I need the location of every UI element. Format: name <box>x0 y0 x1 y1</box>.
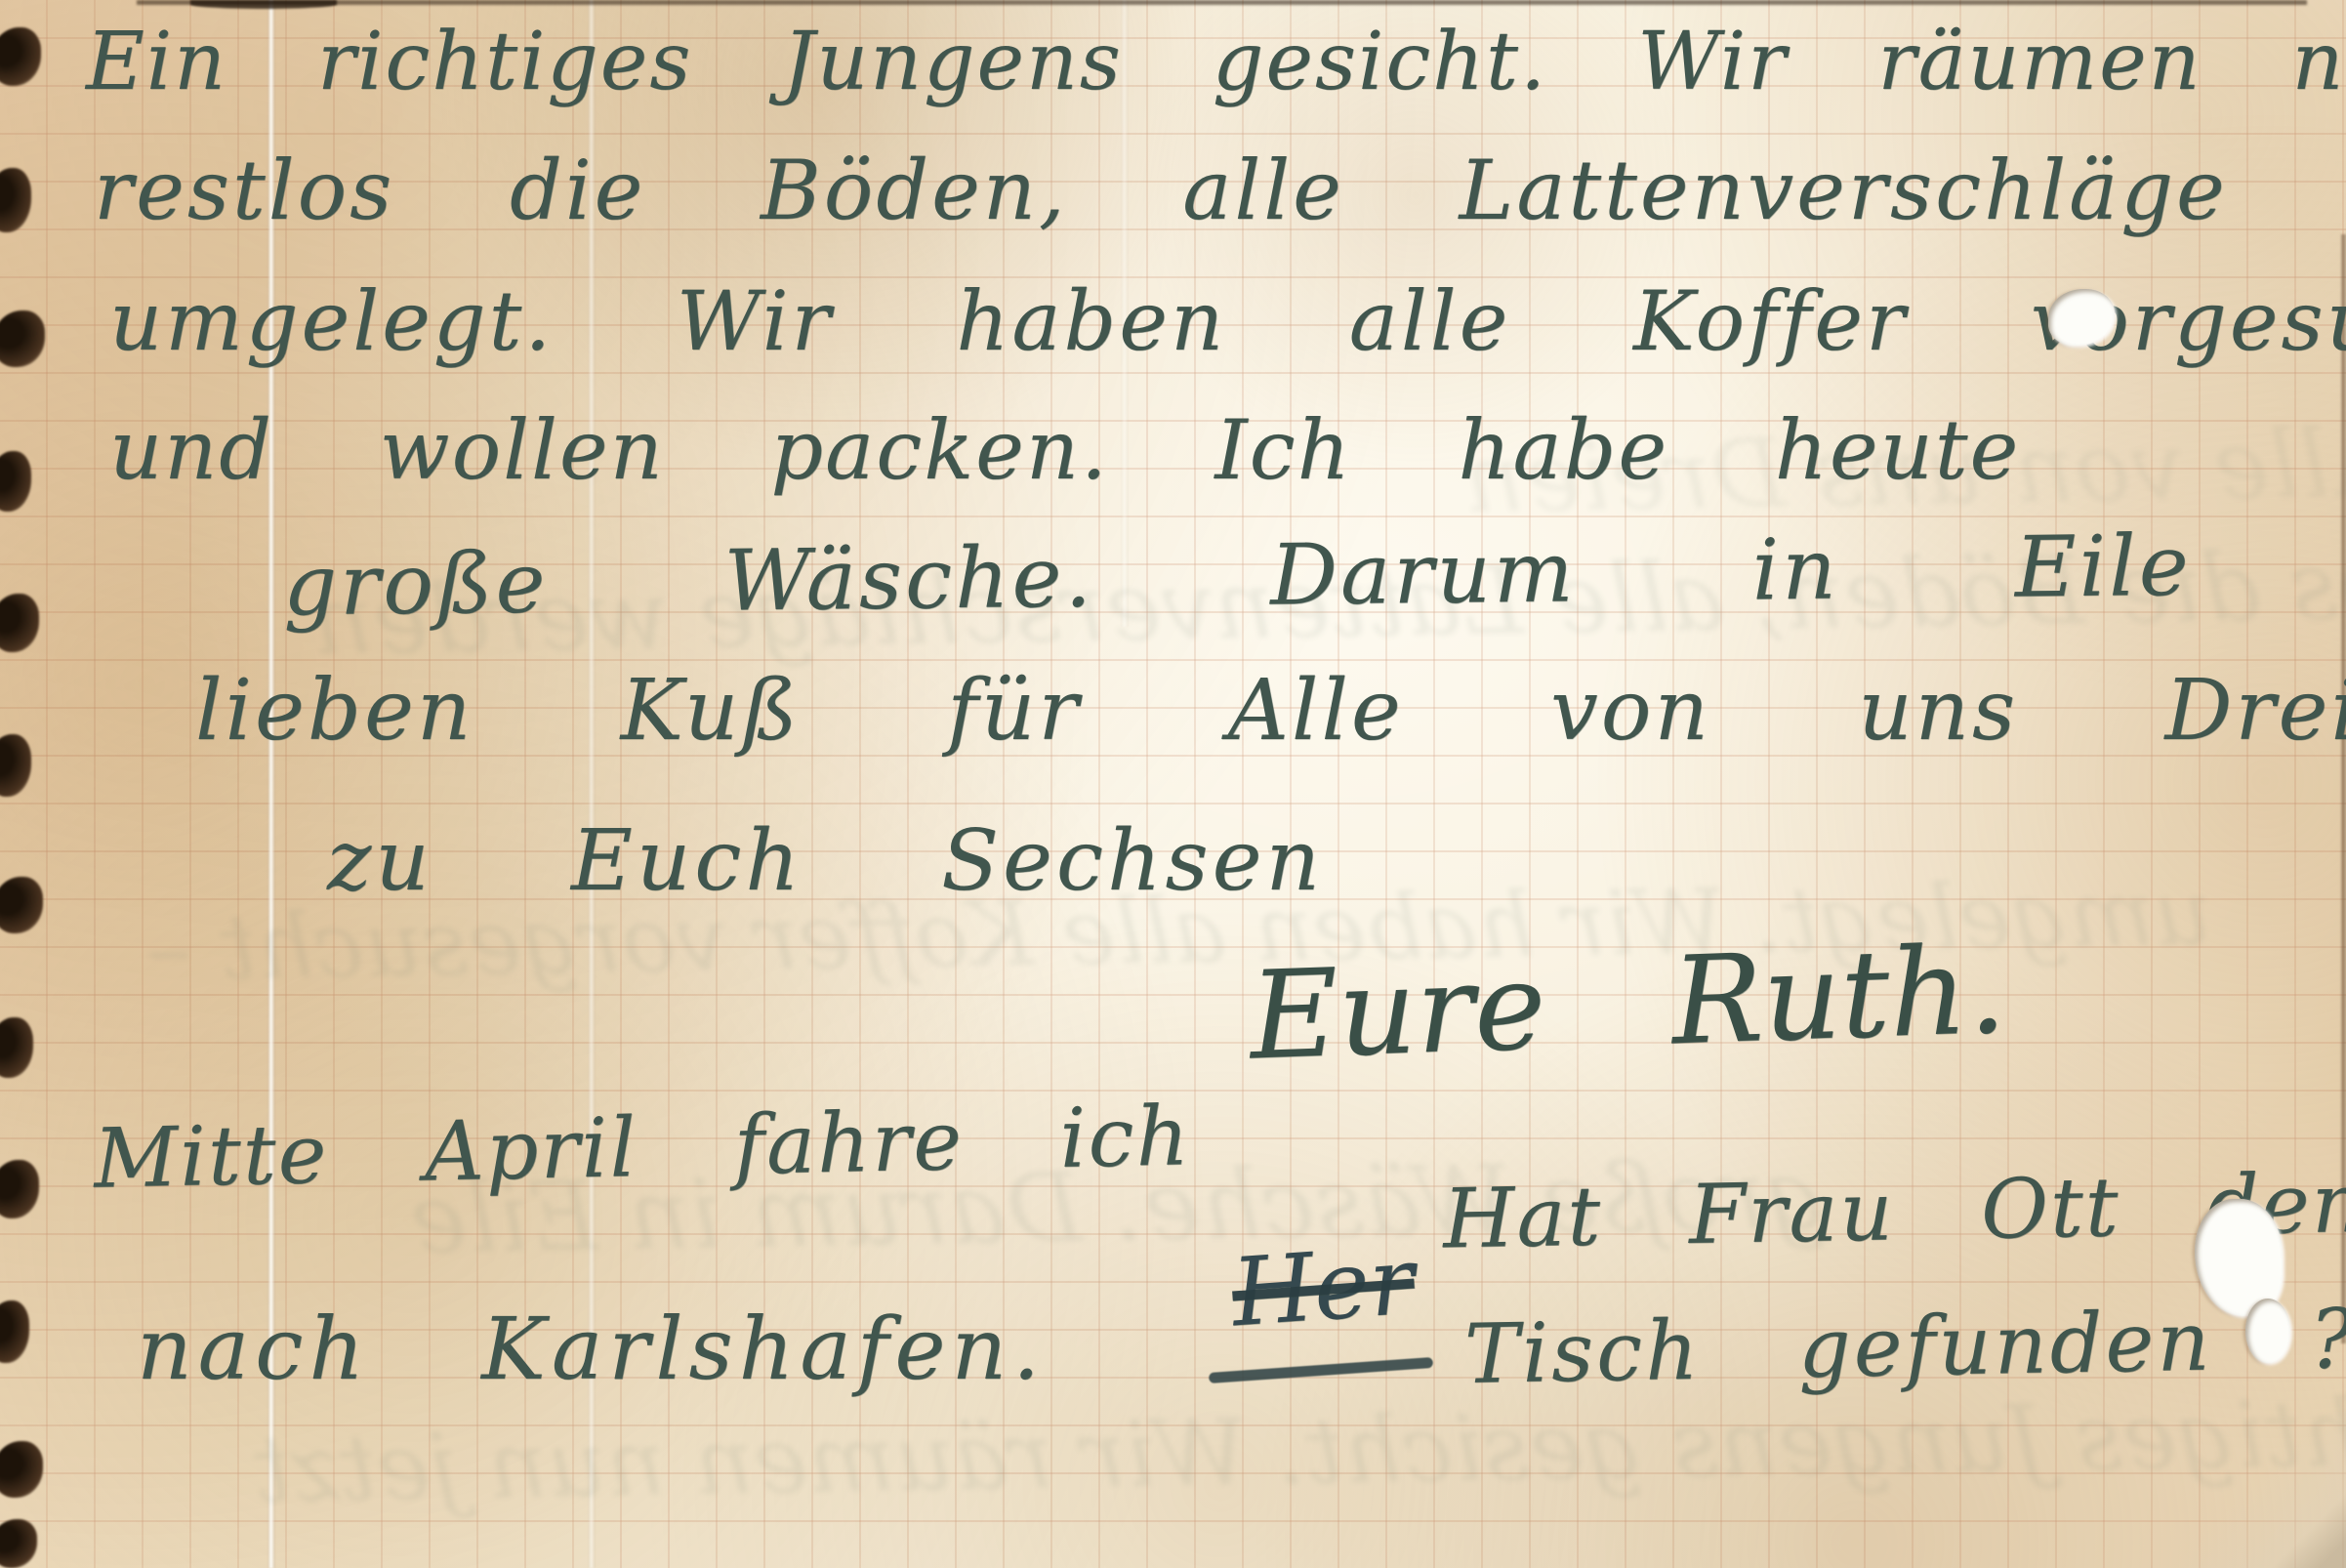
signature: Eure Ruth. <box>1248 921 2008 1088</box>
handwriting-line-1: Ein richtiges Jungens gesicht. Wir räume… <box>86 16 2346 108</box>
paper-hole <box>2245 1299 2290 1363</box>
handwriting-line-2: restlos die Böden, alle Lattenverschläge… <box>94 143 2346 238</box>
postscript-left-line-2: nach Karlshafen. <box>137 1299 1046 1399</box>
strikethrough-word: Her <box>1228 1226 1418 1348</box>
scan-edge-top <box>137 0 2307 5</box>
scan-edge-mark <box>190 0 337 9</box>
handwriting-line-6: lieben Kuß für Alle von uns Dreien <box>195 662 2346 760</box>
handwriting-line-3: umgelegt. Wir haben alle Koffer vorgesuc… <box>109 273 2346 369</box>
handwriting-line-4: und wollen packen. Ich habe heute <box>109 402 2020 498</box>
handwriting-line-7: zu Euch Sechsen <box>327 812 1324 910</box>
postscript-right-line-2: Tisch gefunden ? <box>1463 1291 2346 1402</box>
handwriting-line-5: große Wäsche. Darum in Eile <box>283 517 2193 635</box>
letter-page: restlos die Böden, alle Lattenverschläge… <box>0 0 2346 1568</box>
